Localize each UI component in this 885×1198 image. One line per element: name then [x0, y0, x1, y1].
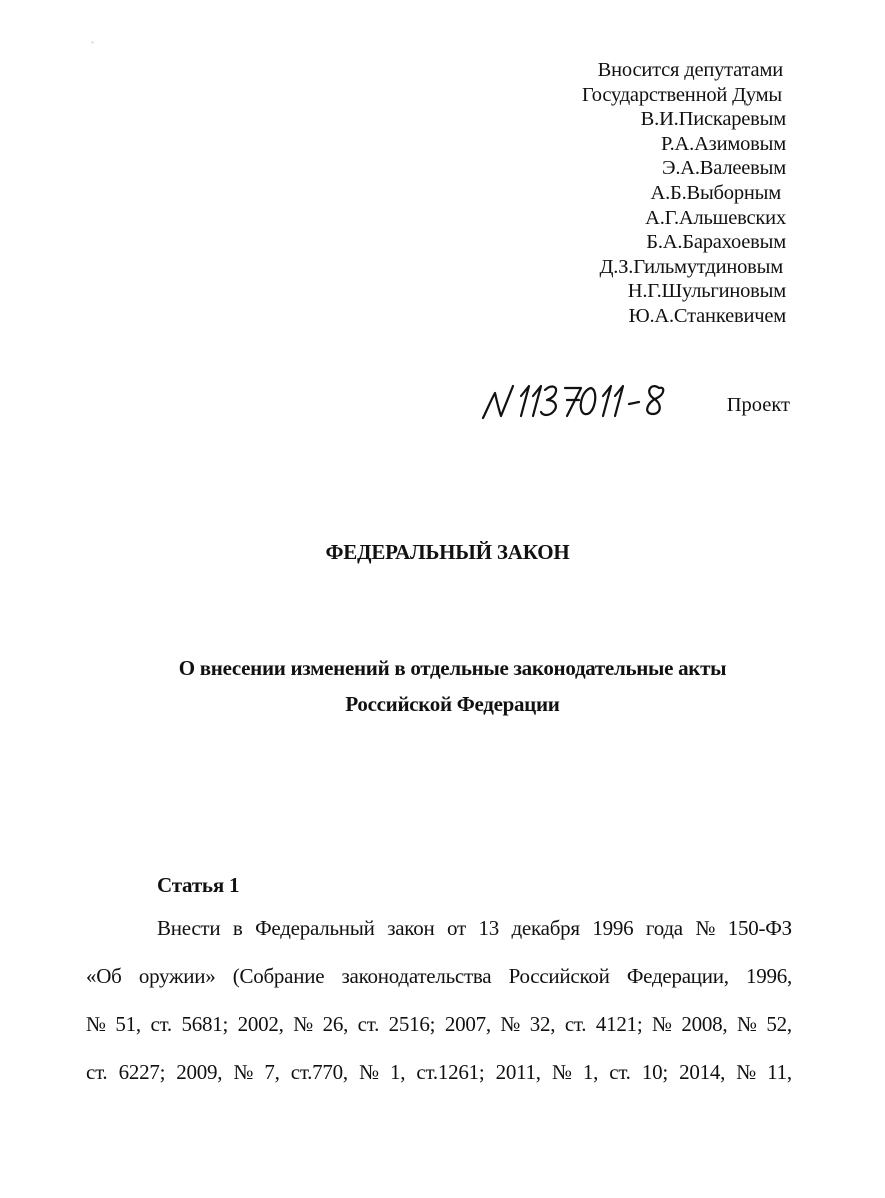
body-line: №51,ст.5681;2002,№26,ст.2516;2007,№32,ст…	[86, 1011, 792, 1059]
project-status-label: Проект	[727, 393, 790, 417]
sponsors-block: Вносится депутатами Государственной Думы…	[582, 58, 786, 329]
body-word: в	[233, 915, 243, 941]
body-word: 2014,	[679, 1059, 725, 1085]
body-word: ст.770,	[291, 1059, 348, 1085]
sponsor-name: Н.Г.Шульгиновым	[582, 279, 786, 304]
sponsor-name: Э.А.Валеевым	[582, 156, 786, 181]
sponsor-name: Д.З.Гильмутдиновым	[582, 255, 786, 280]
body-word: 150-ФЗ	[728, 915, 792, 941]
sponsor-name: Ю.А.Станкевичем	[582, 304, 786, 329]
body-word: «Об	[86, 963, 122, 989]
body-word: 11,	[767, 1059, 792, 1085]
body-word: ст.	[150, 1011, 171, 1037]
document-page: Вносится депутатами Государственной Думы…	[0, 0, 885, 1198]
body-word: 7,	[264, 1059, 279, 1085]
sponsor-name: А.Б.Выборным	[582, 181, 786, 206]
body-word: 1,	[390, 1059, 405, 1085]
handwritten-bill-number	[477, 378, 677, 428]
law-title-line: Российской Федерации	[90, 686, 815, 722]
body-word: оружии»	[139, 963, 216, 989]
body-word: (Собрание	[233, 963, 325, 989]
body-word: 4121;	[596, 1011, 643, 1037]
body-word: 26,	[323, 1011, 349, 1037]
body-word: 2002,	[238, 1011, 284, 1037]
body-word: 10;	[642, 1059, 668, 1085]
body-word: Федеральный	[255, 915, 375, 941]
sponsor-name: А.Г.Альшевских	[582, 206, 786, 231]
sponsor-name: В.И.Пискаревым	[582, 107, 786, 132]
handwriting-icon	[477, 378, 677, 428]
law-title-line: О внесении изменений в отдельные законод…	[90, 650, 815, 686]
body-word: №	[736, 1059, 756, 1085]
body-word: №	[359, 1059, 379, 1085]
body-word: закон	[387, 915, 434, 941]
body-word: №	[695, 915, 715, 941]
body-word: ст.	[565, 1011, 586, 1037]
body-word: года	[646, 915, 683, 941]
body-word: №	[652, 1011, 672, 1037]
body-line: ВнестивФедеральныйзаконот13декабря1996го…	[86, 915, 792, 963]
body-word: декабря	[511, 915, 579, 941]
body-word: ст.	[358, 1011, 379, 1037]
body-word: 2008,	[681, 1011, 727, 1037]
body-word: Внести	[157, 915, 220, 941]
body-word: Федерации,	[627, 963, 729, 989]
body-word: ст.	[86, 1059, 107, 1085]
body-word: 1996,	[746, 963, 792, 989]
body-word: №	[293, 1011, 313, 1037]
body-word: №	[737, 1011, 757, 1037]
scan-artifact	[91, 41, 94, 44]
article-heading: Статья 1	[157, 872, 239, 898]
body-word: Российской	[509, 963, 610, 989]
body-line: ст.6227;2009,№7,ст.770,№1,ст.1261;2011,№…	[86, 1059, 792, 1107]
body-word: ст.1261;	[416, 1059, 484, 1085]
body-word: 13	[478, 915, 499, 941]
body-word: 2007,	[445, 1011, 491, 1037]
body-line: «Оборужии»(СобраниезаконодательстваРосси…	[86, 963, 792, 1011]
law-type-heading: ФЕДЕРАЛЬНЫЙ ЗАКОН	[0, 539, 885, 565]
body-word: №	[500, 1011, 520, 1037]
sponsors-intro-line: Вносится депутатами	[582, 58, 786, 83]
body-word: 51,	[115, 1011, 141, 1037]
body-word: 1996	[592, 915, 633, 941]
sponsor-name: Р.А.Азимовым	[582, 132, 786, 157]
body-word: №	[233, 1059, 253, 1085]
body-word: 32,	[530, 1011, 556, 1037]
law-title: О внесении изменений в отдельные законод…	[90, 650, 815, 722]
body-word: 2009,	[176, 1059, 222, 1085]
body-word: законодательства	[342, 963, 492, 989]
body-word: 2516;	[389, 1011, 436, 1037]
body-word: 1,	[583, 1059, 598, 1085]
sponsors-intro-line: Государственной Думы	[582, 83, 786, 108]
body-word: 52,	[766, 1011, 792, 1037]
body-word: от	[447, 915, 466, 941]
body-word: 6227;	[119, 1059, 166, 1085]
body-word: №	[86, 1011, 106, 1037]
body-word: ст.	[609, 1059, 630, 1085]
body-word: №	[552, 1059, 572, 1085]
sponsor-name: Б.А.Барахоевым	[582, 230, 786, 255]
body-word: 5681;	[181, 1011, 228, 1037]
article-body: ВнестивФедеральныйзаконот13декабря1996го…	[86, 915, 792, 1107]
body-word: 2011,	[496, 1059, 541, 1085]
